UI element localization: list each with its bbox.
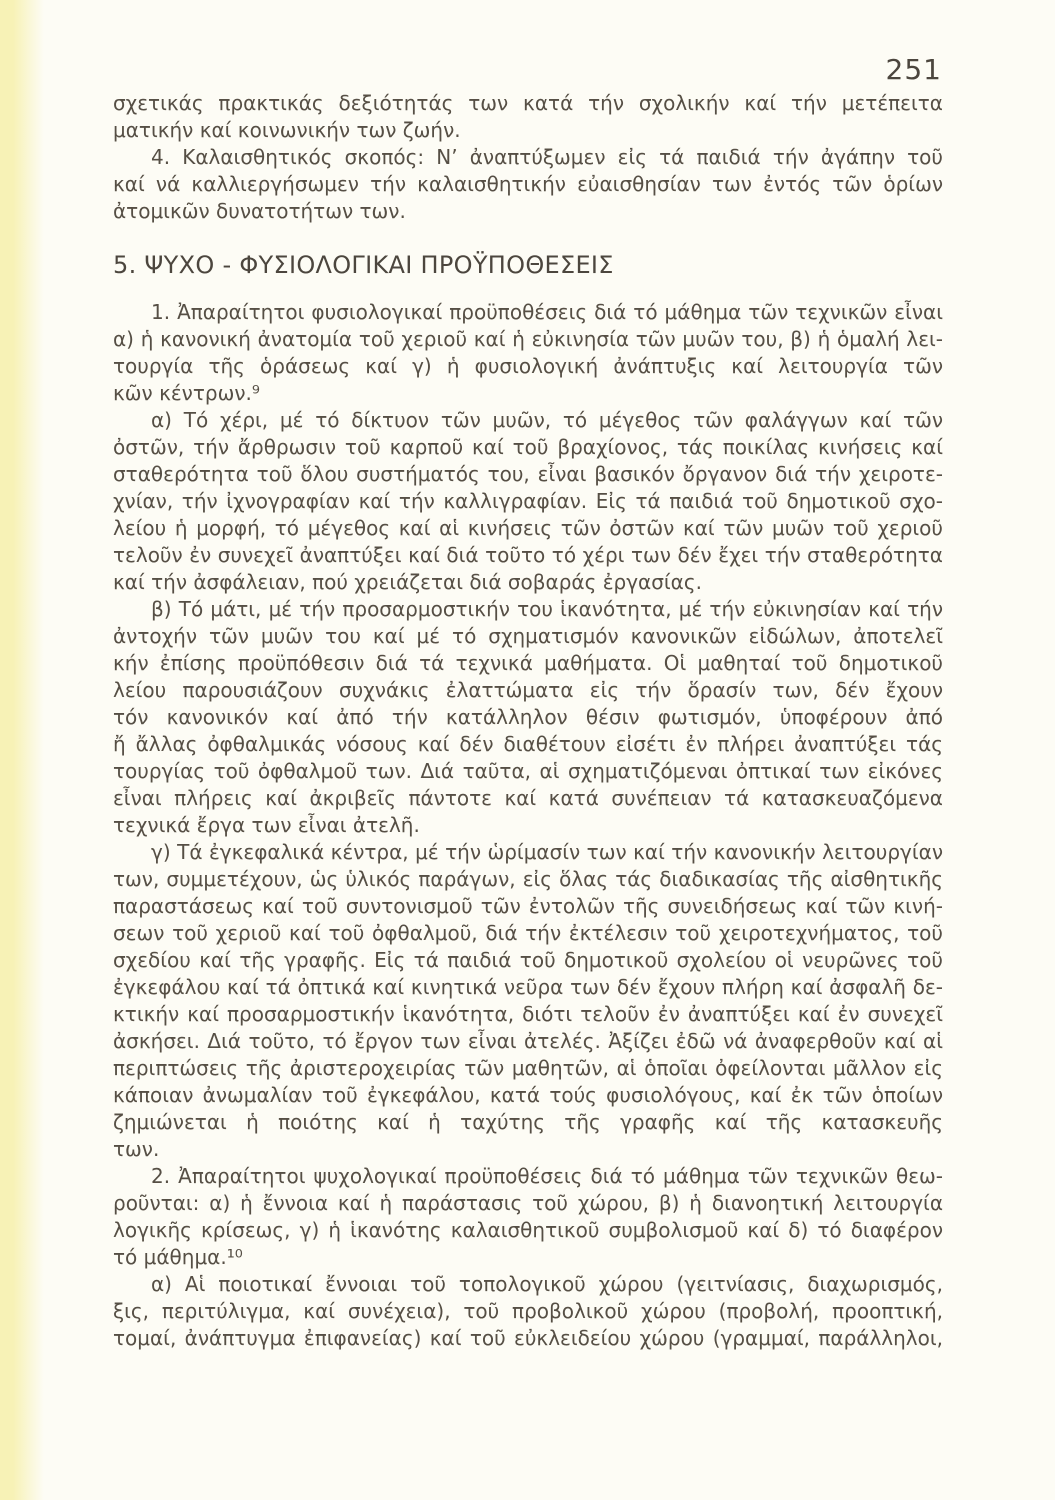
page-body-text: σχετικάς πρακτικάς δεξιότητάς των κατά τ… (113, 90, 943, 1352)
paragraph: γ) Τά ἐγκεφαλικά κέντρα, μέ τήν ὡρίμασίν… (113, 839, 943, 1163)
text-line: ἤ ἄλλας ὀφθαλμικάς νόσους καί δέν διαθέτ… (113, 731, 943, 758)
text-line: τό μάθημα.¹⁰ (113, 1244, 943, 1271)
text-line: α) Αἱ ποιοτικαί ἔννοιαι τοῦ τοπολογικοῦ … (113, 1271, 943, 1298)
text-line: ματικήν καί κοινωνικήν των ζωήν. (113, 117, 943, 144)
text-line: σεων τοῦ χεριοῦ καί τοῦ ὀφθαλμοῦ, διά τή… (113, 920, 943, 947)
paragraph: σχετικάς πρακτικάς δεξιότητάς των κατά τ… (113, 90, 943, 144)
text-line: ἐγκεφάλου καί τά ὀπτικά καί κινητικά νεῦ… (113, 974, 943, 1001)
text-line: καί νά καλλιεργήσωμεν τήν καλαισθητικήν … (113, 171, 943, 198)
text-line: καί τήν ἀσφάλειαν, πού χρειάζεται διά σο… (113, 569, 943, 596)
text-line: σταθερότητα τοῦ ὅλου συστήματός του, εἶν… (113, 461, 943, 488)
text-line: σχετικάς πρακτικάς δεξιότητάς των κατά τ… (113, 90, 943, 117)
text-line: κήν ἐπίσης προϋπόθεσιν διά τά τεχνικά μα… (113, 650, 943, 677)
text-line: παραστάσεως καί τοῦ συντονισμοῦ τῶν ἐντο… (113, 893, 943, 920)
text-line: 2. Ἀπαραίτητοι ψυχολογικαί προϋποθέσεις … (113, 1163, 943, 1190)
text-line: εἶναι πλήρεις καί ἀκριβεῖς πάντοτε καί κ… (113, 785, 943, 812)
text-line: α) ἡ κανονική ἀνατομία τοῦ χεριοῦ καί ἡ … (113, 326, 943, 353)
section-heading: 5. ΨΥΧΟ - ΦΥΣΙΟΛΟΓΙΚΑΙ ΠΡΟΫΠΟΘΕΣΕΙΣ (113, 249, 943, 281)
text-line: των. (113, 1136, 943, 1163)
text-line: 4. Καλαισθητικός σκοπός: Ν’ ἀναπτύξωμεν … (113, 144, 943, 171)
text-line: ἀτομικῶν δυνατοτήτων των. (113, 198, 943, 225)
text-line: ξις, περιτύλιγμα, καί συνέχεια), τοῦ προ… (113, 1298, 943, 1325)
text-line: σχεδίου καί τῆς γραφῆς. Εἰς τά παιδιά το… (113, 947, 943, 974)
text-line: λογικῆς κρίσεως, γ) ἡ ἱκανότης καλαισθητ… (113, 1217, 943, 1244)
book-page: 251 σχετικάς πρακτικάς δεξιότητάς των κα… (0, 0, 1055, 1500)
text-line: τουργίας τοῦ ὀφθαλμοῦ των. Διά ταῦτα, αἱ… (113, 758, 943, 785)
text-line: χνίαν, τήν ἰχνογραφίαν καί τήν καλλιγραφ… (113, 488, 943, 515)
scan-edge-shading (0, 0, 46, 1500)
paragraph: 2. Ἀπαραίτητοι ψυχολογικαί προϋποθέσεις … (113, 1163, 943, 1271)
text-line: λείου παρουσιάζουν συχνάκις ἐλαττώματα ε… (113, 677, 943, 704)
text-line: 1. Ἀπαραίτητοι φυσιολογικαί προϋποθέσεις… (113, 299, 943, 326)
text-line: ὀστῶν, τήν ἄρθρωσιν τοῦ καρποῦ καί τοῦ β… (113, 434, 943, 461)
text-line: τελοῦν ἐν συνεχεῖ ἀναπτύξει καί διά τοῦτ… (113, 542, 943, 569)
text-line: ἀσκήσει. Διά τοῦτο, τό ἔργον των εἶναι ἀ… (113, 1028, 943, 1055)
text-line: τόν κανονικόν καί ἀπό τήν κατάλληλον θέσ… (113, 704, 943, 731)
paragraph: α) Αἱ ποιοτικαί ἔννοιαι τοῦ τοπολογικοῦ … (113, 1271, 943, 1352)
text-line: ροῦνται: α) ἡ ἔννοια καί ἡ παράστασις το… (113, 1190, 943, 1217)
text-line: των, συμμετέχουν, ὡς ὑλικός παράγων, εἰς… (113, 866, 943, 893)
text-line: περιπτώσεις τῆς ἀριστεροχειρίας τῶν μαθη… (113, 1055, 943, 1082)
paragraph: β) Τό μάτι, μέ τήν προσαρμοστικήν του ἱκ… (113, 596, 943, 839)
paragraph: α) Τό χέρι, μέ τό δίκτυον τῶν μυῶν, τό μ… (113, 407, 943, 596)
text-line: κτικήν καί προσαρμοστικήν ἱκανότητα, διό… (113, 1001, 943, 1028)
text-line: ἀντοχήν τῶν μυῶν του καί μέ τό σχηματισμ… (113, 623, 943, 650)
paragraph: 4. Καλαισθητικός σκοπός: Ν’ ἀναπτύξωμεν … (113, 144, 943, 225)
text-line: β) Τό μάτι, μέ τήν προσαρμοστικήν του ἱκ… (113, 596, 943, 623)
text-line: α) Τό χέρι, μέ τό δίκτυον τῶν μυῶν, τό μ… (113, 407, 943, 434)
text-line: τουργία τῆς ὁράσεως καί γ) ἡ φυσιολογική… (113, 353, 943, 380)
text-line: κῶν κέντρων.⁹ (113, 380, 943, 407)
page-number: 251 (886, 53, 942, 86)
text-line: τομαί, ἀνάπτυγμα ἐπιφανείας) καί τοῦ εὐκ… (113, 1325, 943, 1352)
text-line: λείου ἡ μορφή, τό μέγεθος καί αἱ κινήσει… (113, 515, 943, 542)
text-line: ζημιώνεται ἡ ποιότης καί ἡ ταχύτης τῆς γ… (113, 1109, 943, 1136)
text-line: κάποιαν ἀνωμαλίαν τοῦ ἐγκεφάλου, κατά το… (113, 1082, 943, 1109)
text-line: γ) Τά ἐγκεφαλικά κέντρα, μέ τήν ὡρίμασίν… (113, 839, 943, 866)
paragraph: 1. Ἀπαραίτητοι φυσιολογικαί προϋποθέσεις… (113, 299, 943, 407)
text-line: τεχνικά ἔργα των εἶναι ἀτελῆ. (113, 812, 943, 839)
